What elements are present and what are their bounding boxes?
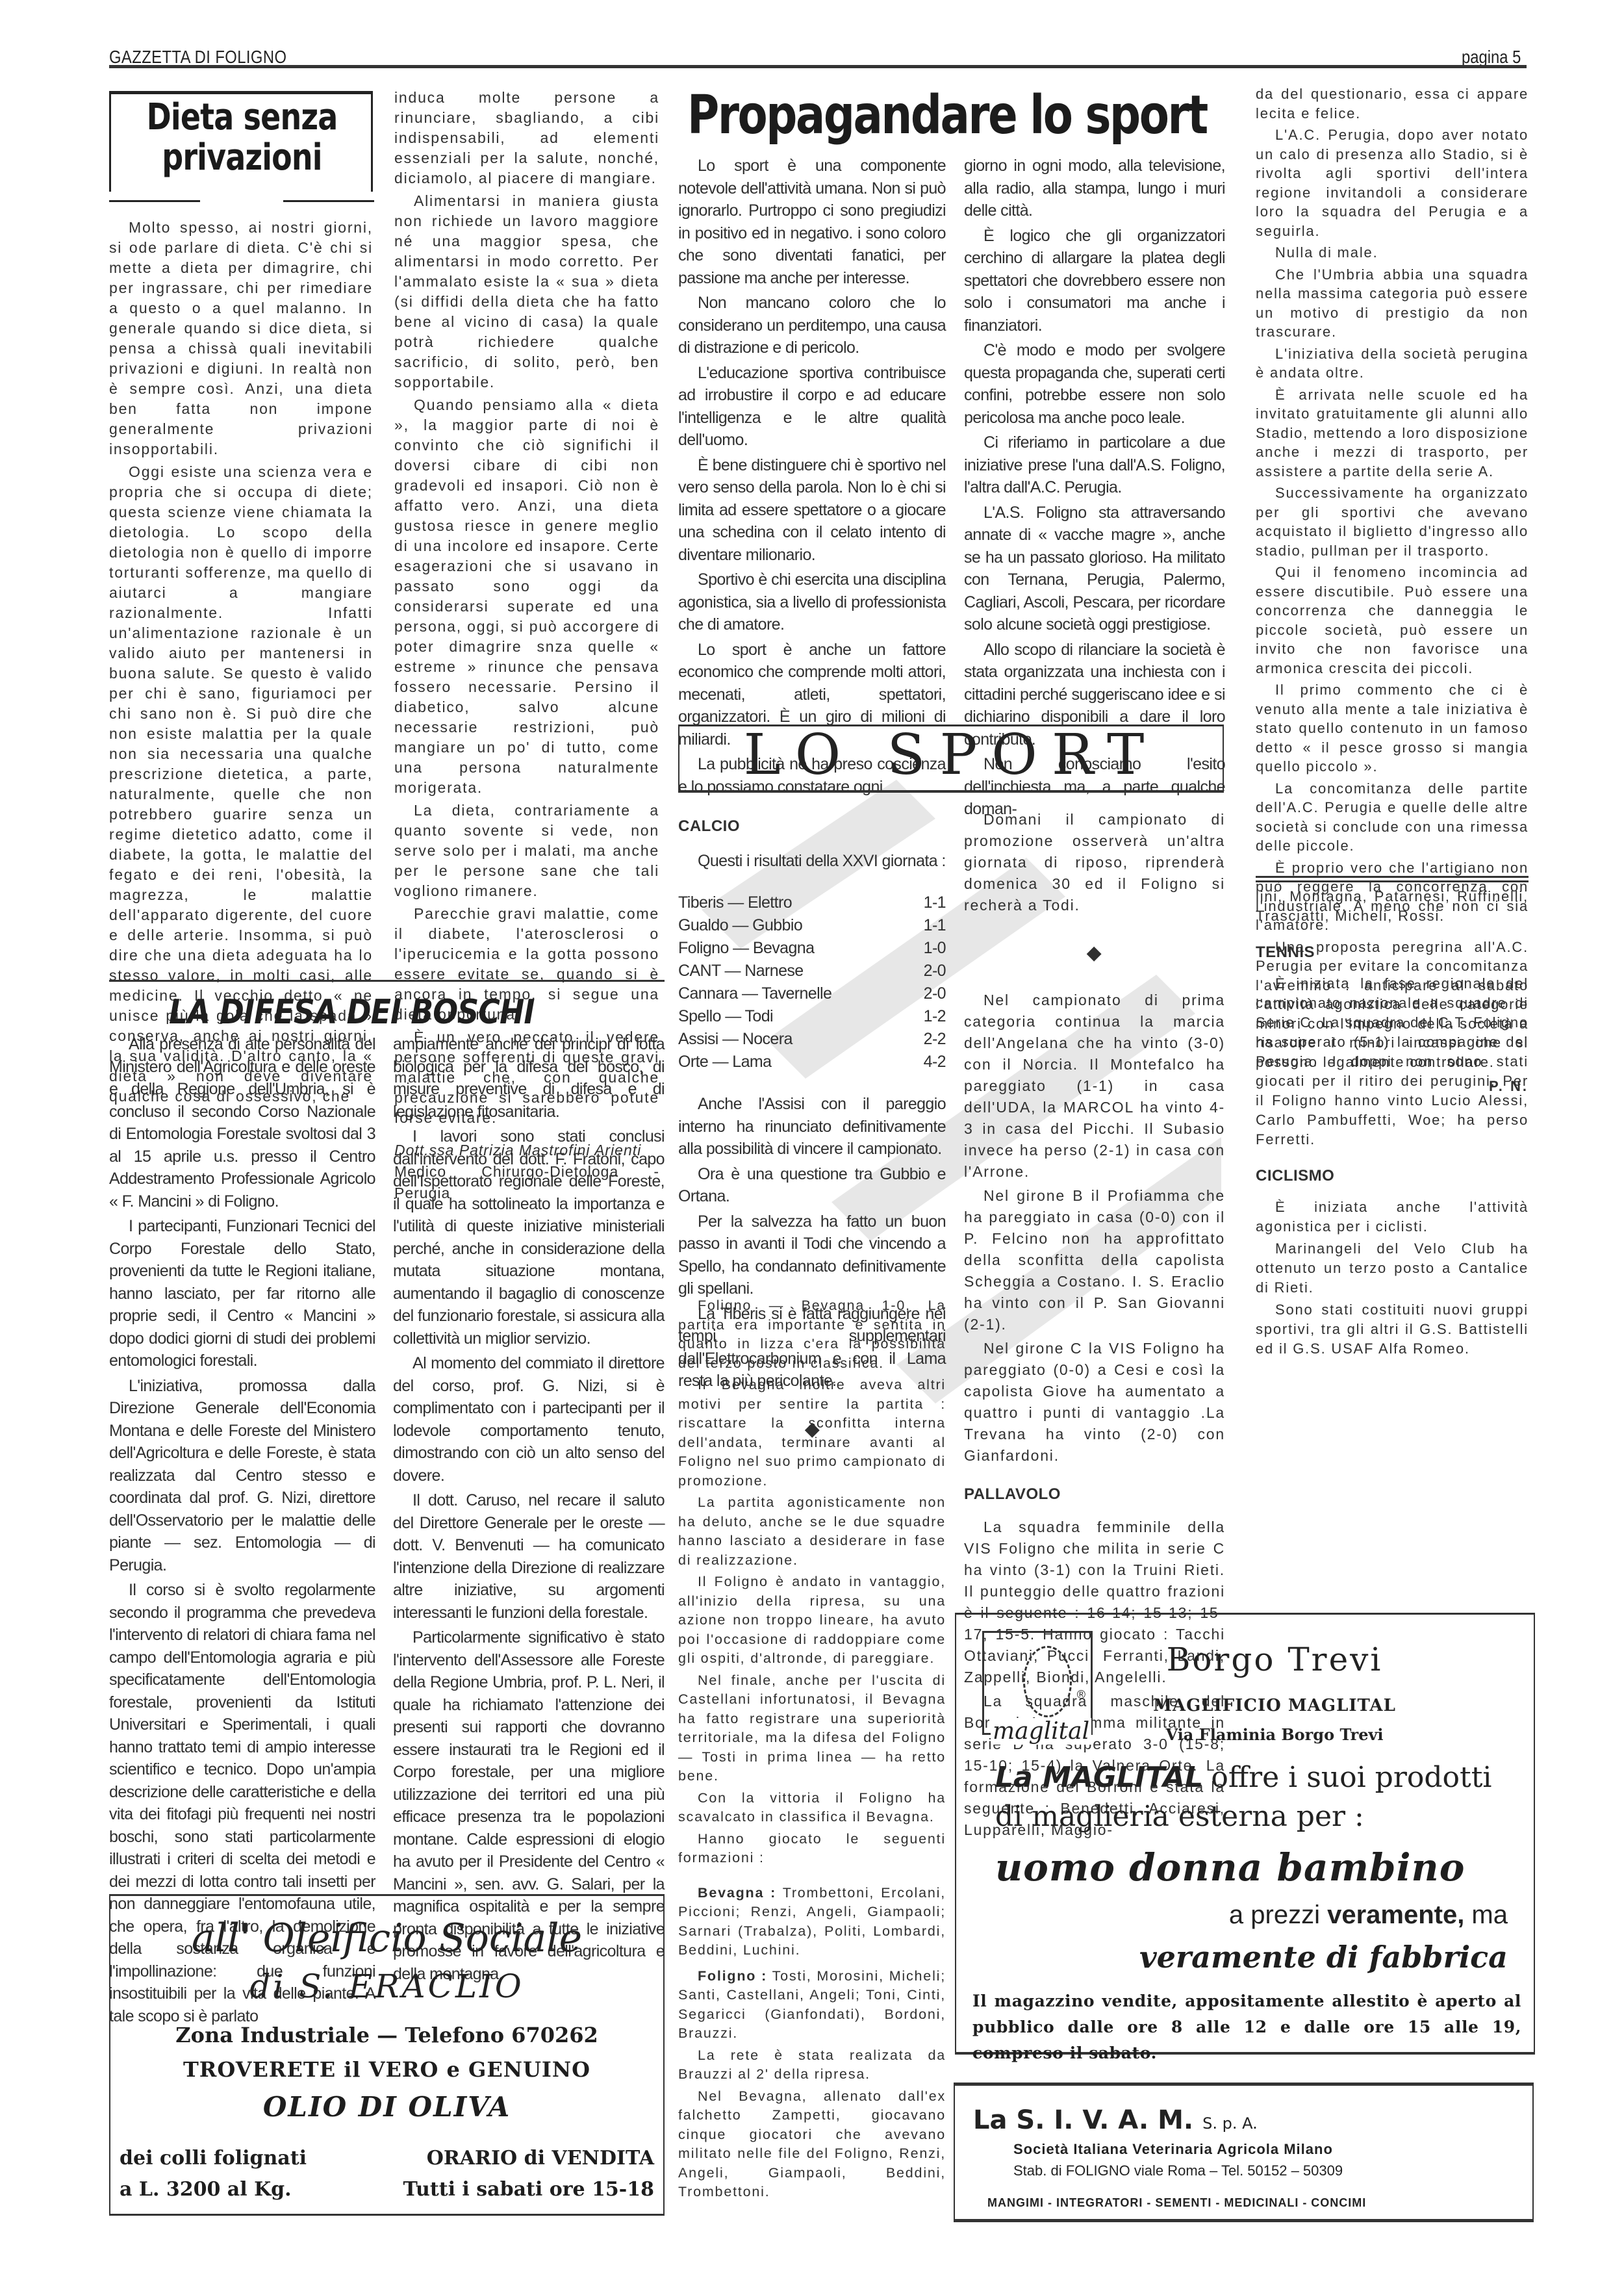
ad-maglital: ® maglital Borgo Trevi MAGLIFICIO MAGLIT… (955, 1613, 1535, 2055)
ad-hours: ORARIO di VENDITA Tutti i sabati ore 15-… (403, 2143, 654, 2205)
paragraph: Quando pensiamo alla « dieta », la maggi… (394, 395, 659, 798)
section-heading-ciclismo: CICLISMO (1256, 1166, 1529, 1186)
paragraph: Nel girone C la VIS Foligno ha pareggiat… (964, 1338, 1225, 1467)
ad-sivam-products: MANGIMI - INTEGRATORI - SEMENTI - MEDICI… (987, 2196, 1366, 2210)
paragraph: L'A.S. Foligno sta attraversando annate … (964, 502, 1225, 636)
section-divider (109, 980, 665, 982)
boschi-column-1: Alla presenza di alte personalità del Mi… (109, 1033, 375, 2030)
paragraph: Non mancano coloro che lo considerano un… (678, 292, 946, 359)
dieta-headline: Dieta senza privazioni (137, 97, 348, 178)
ad-price: dei colli folignati a L. 3200 al Kg. (120, 2143, 307, 2205)
paragraph: È arrivata nelle scuole ed ha invitato g… (1256, 385, 1529, 481)
results-table: Tiberis — Elettro1-1 Gualdo — Gubbio1-1 … (678, 891, 946, 1073)
lo-sport-column-3: lini, Montagna, Patarnesi, Ruffinelli, T… (1256, 887, 1529, 1361)
ad-store-hours: Il magazzino vendite, appositamente alle… (972, 1988, 1521, 2066)
ad-place: Borgo Trevi (1080, 1641, 1469, 1678)
paragraph: Che l'Umbria abbia una squadra nella mas… (1256, 265, 1529, 342)
paragraph: Ora è una questione tra Gubbio e Ortana. (678, 1163, 946, 1208)
paragraph: ampiamente anche dei principi di lotta b… (393, 1033, 665, 1123)
ad-oleificio-sociale: all' Oleificio Sociale di S. ERACLIO Zon… (109, 1894, 665, 2216)
paragraph: La concomitanza delle partite dell'A.C. … (1256, 779, 1529, 856)
paragraph: Lo sport è una componente notevole dell'… (678, 155, 946, 289)
paragraph: Il Bevagna inoltre aveva altri motivi pe… (678, 1376, 946, 1491)
paragraph: Il primo commento che ci è venuto alla m… (1256, 680, 1529, 776)
ad-company: MAGLIFICIO MAGLITAL (1080, 1696, 1469, 1715)
ad-product: OLIO DI OLIVA (110, 2091, 663, 2123)
table-row: CANT — Narnese2-0 (678, 960, 946, 982)
paragraph: Ci riferiamo in particolare a due inizia… (964, 431, 1225, 499)
paragraph: Sportivo è chi esercita una disciplina a… (678, 569, 946, 636)
boschi-column-2: ampiamente anche dei principi di lotta b… (393, 1033, 665, 1988)
ad-sivam-fullname: Società Italiana Veterinaria Agricola Mi… (1013, 2141, 1333, 2158)
double-rule (1256, 876, 1529, 878)
paragraph: Anche l'Assisi con il pareggio interno h… (678, 1093, 946, 1160)
maglital-logo: ® maglital (982, 1631, 1093, 1735)
table-row: Tiberis — Elettro1-1 (678, 891, 946, 914)
section-heading-pallavolo: PALLAVOLO (964, 1483, 1225, 1505)
maglital-logo-text: maglital (991, 1718, 1091, 1745)
paragraph: L'iniziativa, promossa dalla Direzione G… (109, 1375, 375, 1577)
paragraph: Foligno — Bevagna 1-0. La partita era im… (678, 1296, 946, 1373)
title-box-rule (283, 200, 374, 202)
paragraph: La dieta, contrariamente a quanto sovent… (394, 801, 659, 901)
ad-title: all' Oleificio Sociale (110, 1916, 663, 1961)
ad-subtitle: di S. ERACLIO (110, 1968, 663, 2005)
paragraph: Il dott. Caruso, nel recare il saluto de… (393, 1489, 665, 1624)
propaganda-headline: Propagandare lo sport (687, 84, 1145, 146)
ad-sivam-address: Stab. di FOLIGNO viale Roma – Tel. 50152… (1013, 2162, 1343, 2179)
ad-targets: uomo donna bambino (995, 1845, 1465, 1890)
paragraph: Questi i risultati della XXVI giornata : (678, 850, 946, 873)
dieta-headline-line2: privazioni (137, 138, 348, 178)
paragraph: giorno in ogni modo, alla televisione, a… (964, 155, 1225, 222)
paragraph: La rete è stata realizata da Brauzzi al … (678, 2046, 946, 2084)
paragraph: C'è modo e modo per svolgere questa prop… (964, 339, 1225, 429)
table-row: Cannara — Tavernelle2-0 (678, 982, 946, 1005)
section-heading-calcio: CALCIO (678, 815, 946, 838)
lineup-bevagna: Bevagna : Trombettoni, Ercolani, Piccion… (678, 1884, 946, 1960)
paragraph: Nel Bevagna, allenato dall'ex falchetto … (678, 2087, 946, 2202)
table-row: Foligno — Bevagna1-0 (678, 937, 946, 960)
ad-address: Via Flaminia Borgo Trevi (1080, 1725, 1469, 1744)
paragraph: Il Foligno è andato in vantaggio, all'in… (678, 1572, 946, 1669)
table-row: Gualdo — Gubbio1-1 (678, 914, 946, 937)
paragraph: È iniziata anche l'attività agonistica p… (1256, 1198, 1529, 1237)
paragraph: induca molte persone a rinunciare, sbagl… (394, 88, 659, 188)
table-row: Orte — Lama4-2 (678, 1051, 946, 1073)
ad-hours-value: Tutti i sabati ore 15-18 (403, 2174, 654, 2205)
paragraph: Con la vittoria il Foligno ha scavalcato… (678, 1789, 946, 1827)
diamond-separator-icon: ◆ (964, 942, 1225, 964)
paragraph: Nel girone B il Profiamma che ha pareggi… (964, 1185, 1225, 1335)
paragraph: I partecipanti, Funzionari Tecnici del C… (109, 1215, 375, 1372)
paragraph: Successivamente ha organizzato per gli s… (1256, 483, 1529, 560)
section-heading-tennis: TENNIS (1256, 943, 1529, 962)
dieta-column-1: Molto spesso, ai nostri giorni, si ode p… (109, 218, 373, 1109)
ad-prices: a prezzi veramente, ma (1229, 1901, 1508, 1930)
paragraph: da del questionario, essa ci appare leci… (1256, 84, 1529, 123)
paragraph: La partita agonisticamente non ha deluto… (678, 1493, 946, 1570)
boschi-headline: LA DIFESA DEI BOSCHI (169, 993, 603, 1032)
lo-sport-column-1-match-report: Foligno — Bevagna 1-0. La partita era im… (678, 1296, 946, 2205)
ad-hours-label: ORARIO di VENDITA (403, 2143, 654, 2174)
ad-factory: veramente di fabbrica (1139, 1940, 1508, 1975)
paragraph: Nulla di male. (1256, 243, 1529, 263)
paragraph: Al momento del commiato il direttore del… (393, 1352, 665, 1487)
yarn-ball-icon (1023, 1646, 1072, 1717)
paragraph: Nel campionato di prima categoria contin… (964, 990, 1225, 1183)
paragraph: L'educazione sportiva contribuisce ad ir… (678, 362, 946, 452)
paragraph: Alimentarsi in maniera giusta non richie… (394, 191, 659, 392)
ad-offer: La MAGLITAL offre i suoi prodotti (995, 1761, 1491, 1794)
dieta-headline-line1: Dieta senza (137, 97, 348, 138)
paragraph: Sono stati costituiti nuovi gruppi sport… (1256, 1300, 1529, 1359)
masthead-rule (109, 65, 1527, 68)
paragraph: Marinangeli del Velo Club ha ottenuto un… (1256, 1239, 1529, 1298)
title-box-rule (109, 200, 200, 202)
paragraph: Alla presenza di alte personalità del Mi… (109, 1033, 375, 1212)
paragraph: Per la salvezza ha fatto un buon passo i… (678, 1211, 946, 1300)
ad-maglieria: di maglieria esterna per : (995, 1800, 1364, 1833)
table-row: Assisi — Nocera2-2 (678, 1028, 946, 1051)
paragraph: L'iniziativa della società perugina è an… (1256, 344, 1529, 383)
paragraph: Nel finale, anche per l'uscita di Castel… (678, 1671, 946, 1786)
double-rule (1256, 880, 1529, 882)
propaganda-column-1: Lo sport è una componente notevole dell'… (678, 155, 946, 801)
paragraph: L'A.C. Perugia, dopo aver notato un calo… (1256, 125, 1529, 240)
lineup-foligno: Foligno : Tosti, Morosini, Micheli; Sant… (678, 1967, 946, 2044)
paragraph: lini, Montagna, Patarnesi, Ruffinelli, T… (1256, 887, 1529, 926)
lo-sport-headline: LO SPORT (678, 723, 1224, 788)
ad-price-value: a L. 3200 al Kg. (120, 2174, 307, 2205)
ad-sivam: La S. I. V. A. M.S. p. A. Società Italia… (954, 2083, 1534, 2222)
table-row: Spello — Todi1-2 (678, 1005, 946, 1028)
paragraph: Qui il fenomeno incomincia ad essere dis… (1256, 563, 1529, 678)
ad-origin: dei colli folignati (120, 2143, 307, 2174)
paragraph: Molto spesso, ai nostri giorni, si ode p… (109, 218, 373, 459)
paragraph: È bene distinguere chi è sportivo nel ve… (678, 454, 946, 567)
paragraph: È iniziata la fase regionale del campion… (1256, 974, 1529, 1149)
paragraph: È logico che gli organizzatori cerchino … (964, 225, 1225, 337)
ad-sivam-name: La S. I. V. A. M.S. p. A. (973, 2105, 1258, 2135)
ad-tagline: TROVERETE il VERO e GENUINO (110, 2057, 663, 2082)
paragraph: Domani il campionato di promozione osser… (964, 809, 1225, 916)
paragraph: Hanno giocato le seguenti formazioni : (678, 1830, 946, 1868)
ad-address-phone: Zona Industriale — Telefono 670262 (110, 2023, 663, 2047)
paragraph: I lavori sono stati conclusi dall'interv… (393, 1125, 665, 1350)
